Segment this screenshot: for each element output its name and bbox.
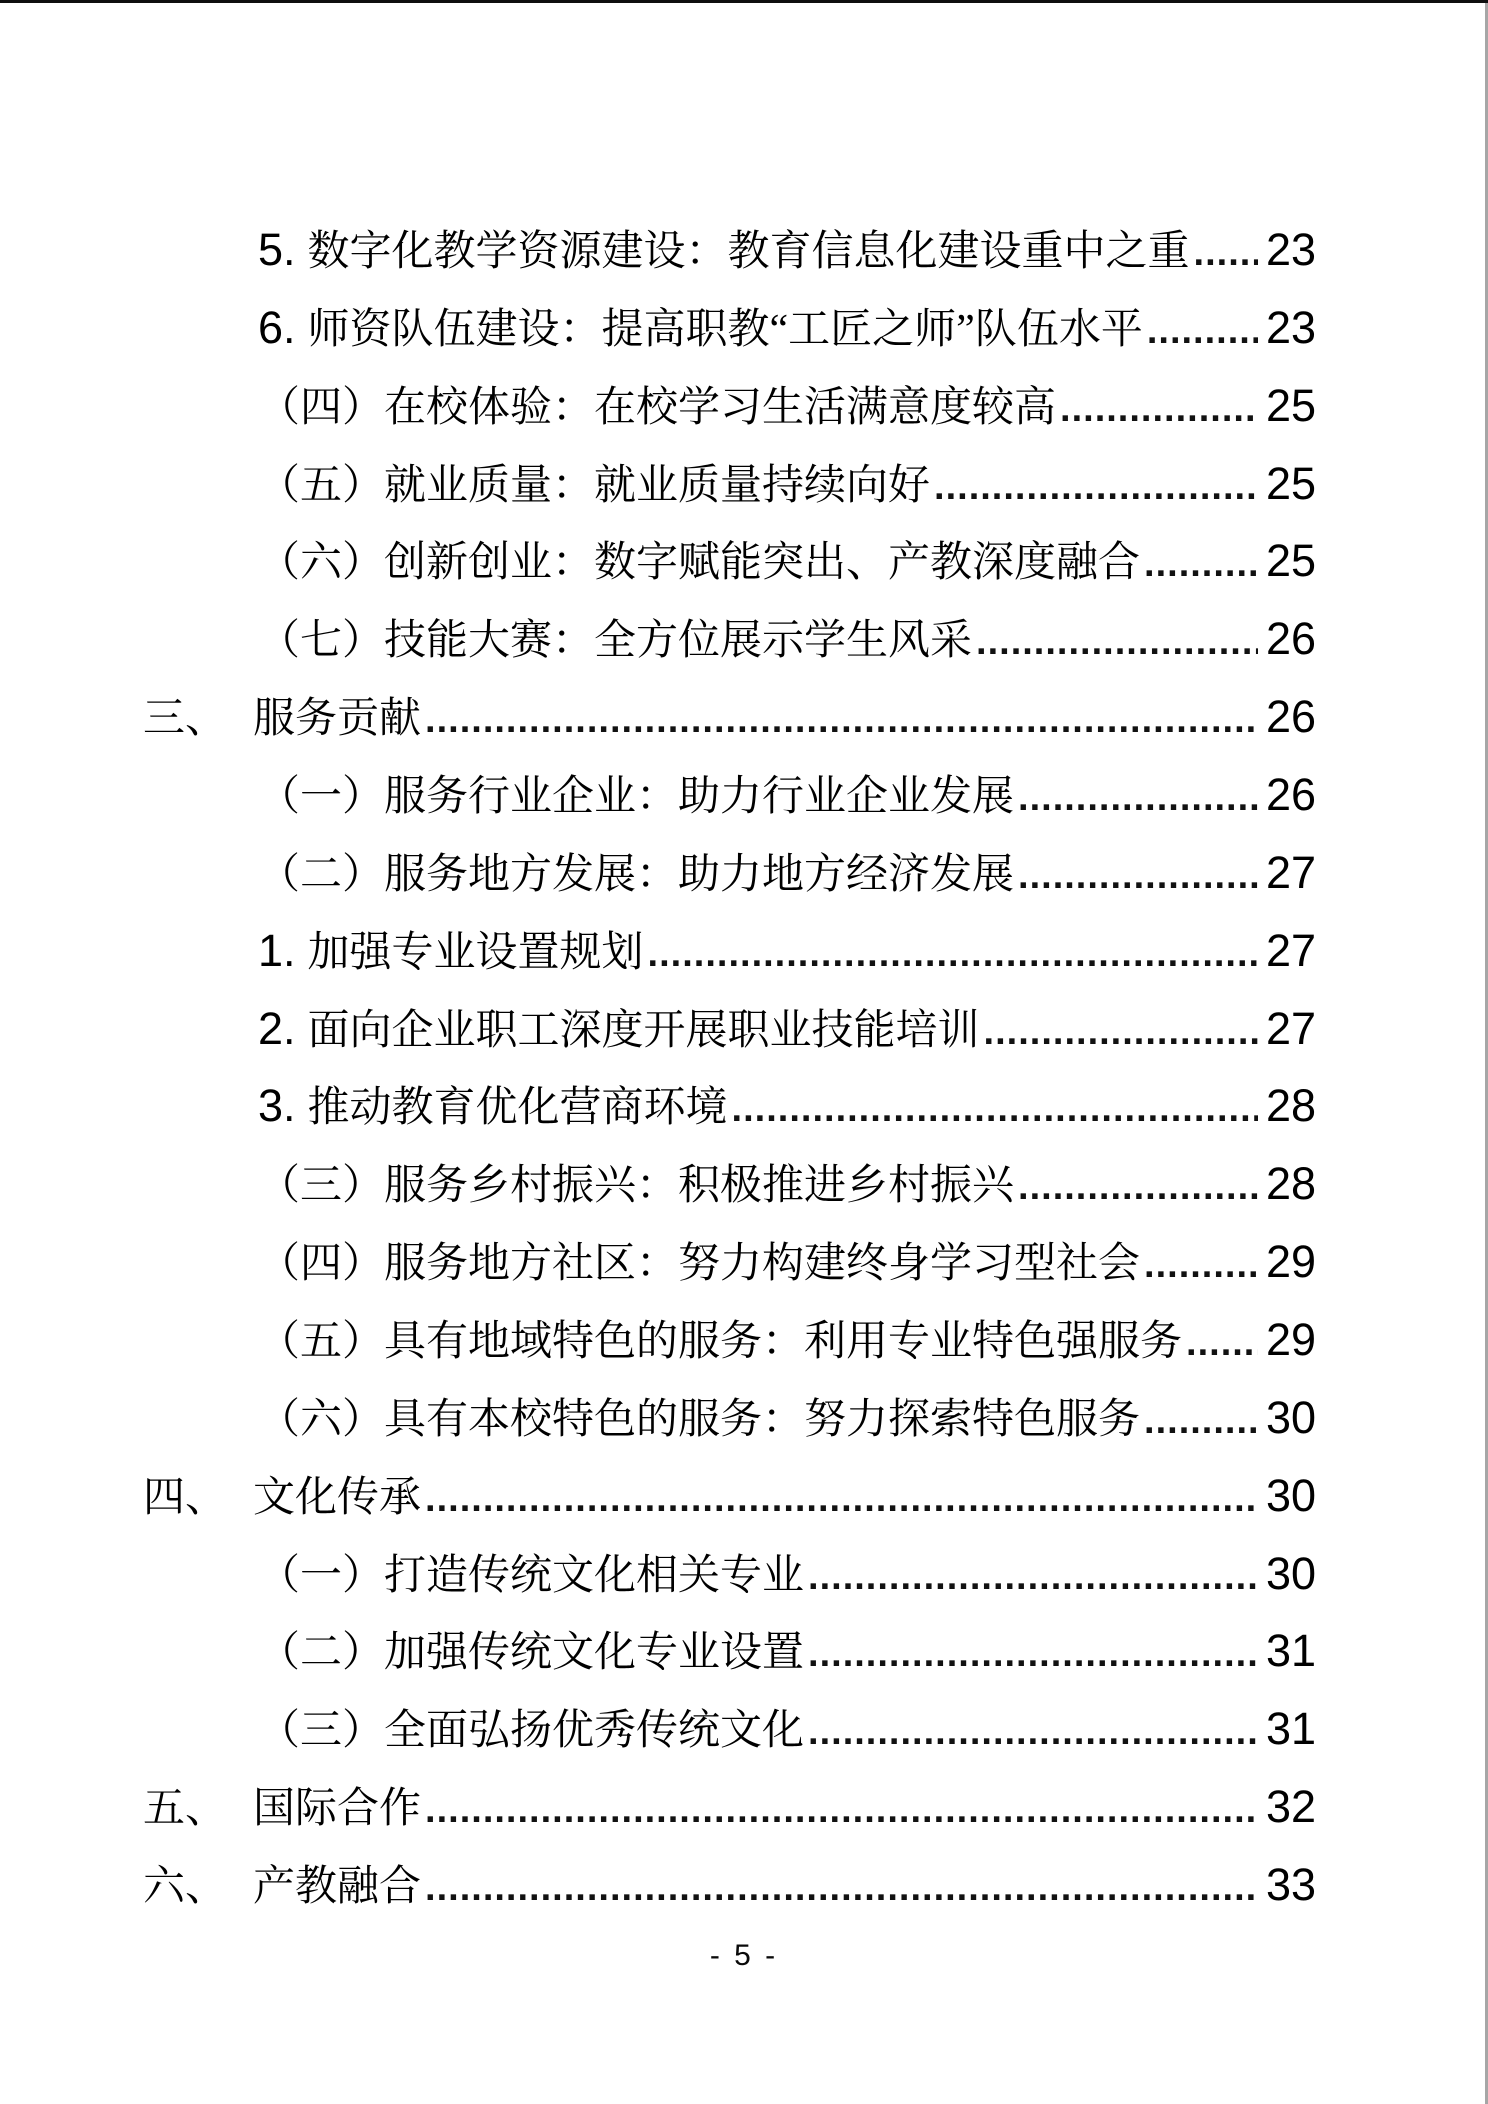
toc-leader-dots: ........................................… — [648, 916, 1258, 994]
toc-page-number: 28 — [1266, 1145, 1316, 1223]
toc-entry[interactable]: （一）打造传统文化相关专业...........................… — [143, 1535, 1316, 1613]
toc-entry[interactable]: （五）具有地域特色的服务：利用专业特色强服务..................… — [143, 1301, 1316, 1379]
toc-page-number: 26 — [1266, 678, 1316, 756]
toc-leader-dots: ........................................… — [425, 1850, 1258, 1928]
toc-leader-dots: ........................................… — [425, 682, 1258, 760]
toc-entry-prefix: 四、 — [143, 1460, 227, 1538]
toc-leader-dots: ........................................… — [808, 1616, 1258, 1694]
toc-page-number: 33 — [1266, 1846, 1316, 1924]
toc-leader-dots: ........................................… — [732, 1071, 1258, 1149]
toc-leader-dots: ........................................… — [1144, 1227, 1258, 1305]
toc-page-number: 30 — [1266, 1379, 1316, 1457]
toc-leader-dots: ........................................… — [984, 994, 1258, 1072]
toc-entry[interactable]: 三、服务贡献..................................… — [143, 678, 1316, 756]
toc-page-number: 23 — [1266, 211, 1316, 289]
toc-page-number: 23 — [1266, 289, 1316, 367]
toc-entry-title: （三）服务乡村振兴：积极推进乡村振兴 — [258, 1148, 1014, 1226]
toc-entry[interactable]: 3.推动教育优化营商环境............................… — [143, 1067, 1316, 1145]
toc-entry-title: （二）加强传统文化专业设置 — [258, 1615, 804, 1693]
toc-leader-dots: ........................................… — [976, 604, 1258, 682]
toc-entry-title: （一）服务行业企业：助力行业企业发展 — [258, 759, 1014, 837]
toc-entry-title: （五）具有地域特色的服务：利用专业特色强服务 — [258, 1304, 1182, 1382]
toc-page-number: 25 — [1266, 367, 1316, 445]
toc-leader-dots: ........................................… — [425, 1461, 1258, 1539]
toc-entry[interactable]: （四）服务地方社区：努力构建终身学习型社会...................… — [143, 1223, 1316, 1301]
toc-page-number: 31 — [1266, 1612, 1316, 1690]
toc-entry-prefix: 6. — [258, 289, 296, 367]
toc-entry-prefix: 三、 — [143, 681, 227, 759]
toc-page-number: 29 — [1266, 1223, 1316, 1301]
toc-entry-prefix: 5. — [258, 211, 296, 289]
toc-entry-title: 师资队伍建设：提高职教“工匠之师”队伍水平 — [308, 292, 1143, 370]
toc-page-number: 27 — [1266, 912, 1316, 990]
toc-page-number: 27 — [1266, 990, 1316, 1068]
toc-entry-title: 面向企业职工深度开展职业技能培训 — [308, 993, 980, 1071]
toc-page-number: 27 — [1266, 834, 1316, 912]
toc-entry-title: （一）打造传统文化相关专业 — [258, 1538, 804, 1616]
toc-entry-title: 国际合作 — [253, 1771, 421, 1849]
toc-entry[interactable]: （四）在校体验：在校学习生活满意度较高.....................… — [143, 367, 1316, 445]
toc-entry-title: （三）全面弘扬优秀传统文化 — [258, 1693, 804, 1771]
toc-leader-dots: ........................................… — [1186, 1305, 1258, 1383]
toc-page-number: 31 — [1266, 1690, 1316, 1768]
toc-leader-dots: ........................................… — [1194, 215, 1258, 293]
toc-entry[interactable]: （六）具有本校特色的服务：努力探索特色服务...................… — [143, 1379, 1316, 1457]
toc-page-number: 30 — [1266, 1535, 1316, 1613]
document-page: 5.数字化教学资源建设：教育信息化建设重中之重.................… — [0, 0, 1488, 2104]
toc-entry[interactable]: （一）服务行业企业：助力行业企业发展......................… — [143, 756, 1316, 834]
toc-entry-title: （四）服务地方社区：努力构建终身学习型社会 — [258, 1226, 1140, 1304]
toc-entry-title: （二）服务地方发展：助力地方经济发展 — [258, 837, 1014, 915]
toc-page-number: 29 — [1266, 1301, 1316, 1379]
page-number-footer: - 5 - — [0, 1939, 1488, 1973]
toc-leader-dots: ........................................… — [934, 449, 1258, 527]
toc-page-number: 26 — [1266, 756, 1316, 834]
toc-entry-title: 服务贡献 — [253, 681, 421, 759]
toc-leader-dots: ........................................… — [1060, 371, 1258, 449]
toc-entry[interactable]: 六、产教融合..................................… — [143, 1846, 1316, 1924]
toc-leader-dots: ........................................… — [1018, 760, 1258, 838]
toc-entry-title: （七）技能大赛：全方位展示学生风采 — [258, 603, 972, 681]
toc-entry[interactable]: （六）创新创业：数字赋能突出、产教深度融合...................… — [143, 522, 1316, 600]
toc-page-number: 26 — [1266, 600, 1316, 678]
toc-entry[interactable]: 五、国际合作..................................… — [143, 1768, 1316, 1846]
toc-entry-prefix: 五、 — [143, 1771, 227, 1849]
toc-entry-title: 加强专业设置规划 — [308, 915, 644, 993]
toc-entry[interactable]: （二）加强传统文化专业设置...........................… — [143, 1612, 1316, 1690]
toc-entry[interactable]: （三）全面弘扬优秀传统文化...........................… — [143, 1690, 1316, 1768]
toc-entry-title: 数字化教学资源建设：教育信息化建设重中之重 — [308, 214, 1190, 292]
toc-page-number: 32 — [1266, 1768, 1316, 1846]
toc-entry[interactable]: （七）技能大赛：全方位展示学生风采.......................… — [143, 600, 1316, 678]
toc-entry-title: （四）在校体验：在校学习生活满意度较高 — [258, 370, 1056, 448]
toc-entry-title: 文化传承 — [253, 1460, 421, 1538]
toc-leader-dots: ........................................… — [808, 1694, 1258, 1772]
toc-entry-title: （六）创新创业：数字赋能突出、产教深度融合 — [258, 525, 1140, 603]
toc-entry-prefix: 六、 — [143, 1849, 227, 1927]
toc-entry-prefix: 3. — [258, 1067, 296, 1145]
toc-entry[interactable]: （五）就业质量：就业质量持续向好........................… — [143, 445, 1316, 523]
toc-entry[interactable]: 2.面向企业职工深度开展职业技能培训......................… — [143, 990, 1316, 1068]
toc-entry[interactable]: 5.数字化教学资源建设：教育信息化建设重中之重.................… — [143, 211, 1316, 289]
toc-entry-title: 推动教育优化营商环境 — [308, 1070, 728, 1148]
toc-entry-title: （六）具有本校特色的服务：努力探索特色服务 — [258, 1382, 1140, 1460]
toc-entry-title: （五）就业质量：就业质量持续向好 — [258, 448, 930, 526]
toc-entry-prefix: 1. — [258, 912, 296, 990]
toc-entry-prefix: 2. — [258, 990, 296, 1068]
toc-leader-dots: ........................................… — [1144, 1383, 1258, 1461]
toc-leader-dots: ........................................… — [1144, 526, 1258, 604]
toc-page-number: 25 — [1266, 445, 1316, 523]
toc-page-number: 30 — [1266, 1457, 1316, 1535]
toc-leader-dots: ........................................… — [808, 1539, 1258, 1617]
toc-entry[interactable]: 1.加强专业设置规划..............................… — [143, 912, 1316, 990]
toc-leader-dots: ........................................… — [425, 1772, 1258, 1850]
toc-leader-dots: ........................................… — [1147, 293, 1258, 371]
toc-entry[interactable]: （二）服务地方发展：助力地方经济发展......................… — [143, 834, 1316, 912]
toc-page-number: 28 — [1266, 1067, 1316, 1145]
toc-list: 5.数字化教学资源建设：教育信息化建设重中之重.................… — [143, 211, 1316, 1924]
toc-leader-dots: ........................................… — [1018, 1149, 1258, 1227]
toc-page-number: 25 — [1266, 522, 1316, 600]
toc-entry[interactable]: （三）服务乡村振兴：积极推进乡村振兴......................… — [143, 1145, 1316, 1223]
toc-leader-dots: ........................................… — [1018, 838, 1258, 916]
toc-entry-title: 产教融合 — [253, 1849, 421, 1927]
toc-entry[interactable]: 四、文化传承..................................… — [143, 1457, 1316, 1535]
toc-entry[interactable]: 6.师资队伍建设：提高职教“工匠之师”队伍水平.................… — [143, 289, 1316, 367]
